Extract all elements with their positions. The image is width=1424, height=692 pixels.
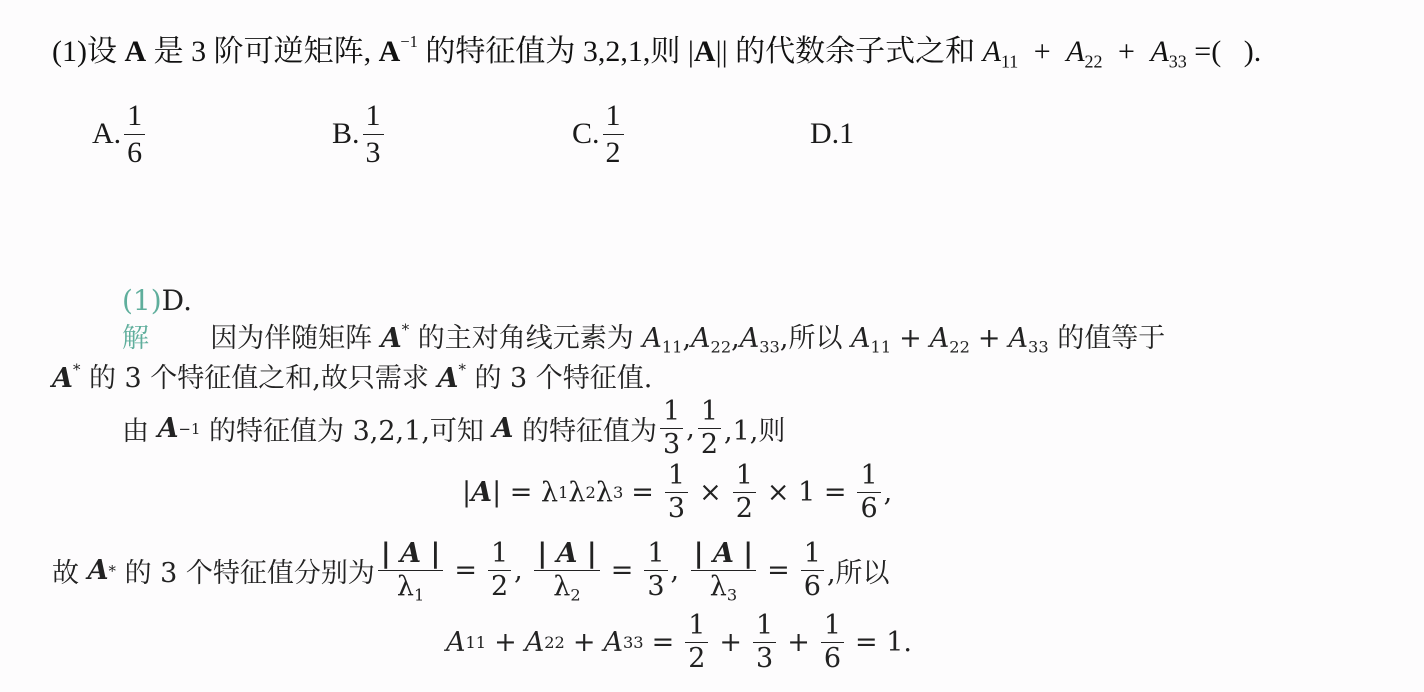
fraction: 13 [363, 100, 384, 168]
option-a: A. 16 [92, 100, 148, 168]
fraction: 12 [685, 612, 708, 674]
fraction: | A |λ2 [534, 540, 599, 602]
answer-number: (1) [122, 284, 162, 317]
answer-line: (1)D. [122, 284, 192, 317]
solution-line-3: 由 A−1 的特征值为 3,2,1,可知 A 的特征值为 13, 12,1,则 [122, 398, 785, 460]
question-stem: (1)设 A 是 3 阶可逆矩阵, A−1 的特征值为 3,2,1,则 |A||… [52, 26, 1261, 70]
fraction: 16 [821, 612, 844, 674]
fraction: 13 [660, 398, 683, 460]
solution-line-4: 故 A* 的 3 个特征值分别为 | A |λ1 = 12, | A |λ2 =… [52, 540, 890, 602]
equation-sum: A11 + A22 + A33 = 12 + 13 + 16 = 1. [446, 612, 920, 674]
fraction: 12 [698, 398, 721, 460]
solution-label: 解 [122, 323, 149, 354]
fraction: 12 [488, 540, 511, 602]
fraction: 16 [801, 540, 824, 602]
solution-line-1: 解 因为伴随矩阵 A* 的主对角线元素为 A11,A22,A33,所以 A11+… [122, 316, 1165, 355]
solution-line-2: A* 的 3 个特征值之和,故只需求 A* 的 3 个特征值. [52, 356, 652, 395]
fraction: | A |λ3 [691, 540, 756, 602]
answer-value: D. [162, 284, 192, 317]
option-b: B. 13 [332, 100, 387, 168]
question-number: (1) [52, 35, 87, 68]
option-d: D.1 [810, 117, 854, 151]
fraction: 16 [124, 100, 145, 168]
fraction: 13 [665, 462, 688, 524]
fraction: | A |λ1 [378, 540, 443, 602]
fraction: 16 [857, 462, 880, 524]
fraction: 13 [644, 540, 667, 602]
fraction: 12 [603, 100, 624, 168]
option-c: C. 12 [572, 100, 627, 168]
fraction: 13 [753, 612, 776, 674]
fraction: 12 [733, 462, 756, 524]
equation-determinant: | A | = λ1λ2λ3 = 13 × 12 × 1 = 16, [462, 462, 892, 524]
